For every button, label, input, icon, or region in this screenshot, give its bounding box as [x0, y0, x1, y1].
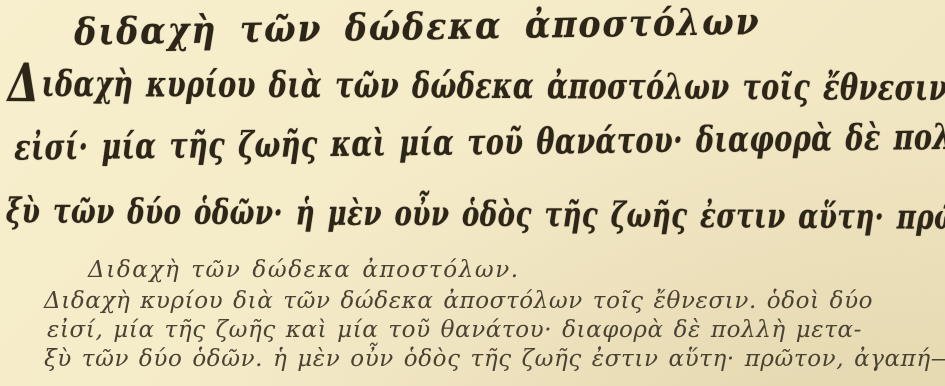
transcription-line-2: εἰσί, μία τῆς ζωῆς καὶ μία τοῦ θανάτου· …: [47, 317, 862, 343]
transcription-line-3: ξὺ τῶν δύο ὁδῶν. ἡ μὲν οὖν ὁδὸς τῆς ζωῆς…: [44, 346, 945, 372]
manuscript-title-line: διδαχὴ τῶν δώδεκα ἀποστόλων: [74, 0, 761, 54]
facsimile-page: διδαχὴ τῶν δώδεκα ἀποστόλων Διδαχὴ κυρίο…: [0, 0, 945, 386]
manuscript-line-2: Διδαχὴ κυρίου διὰ τῶν δώδεκα ἀποστόλων τ…: [8, 64, 945, 110]
transcription-line-1: Διδαχὴ κυρίου διὰ τῶν δώδεκα ἀποστόλων τ…: [44, 288, 873, 314]
manuscript-line-2-text: ιδαχὴ κυρίου διὰ τῶν δώδεκα ἀποστόλων το…: [41, 64, 945, 110]
transcription-title: Διδαχὴ τῶν δώδεκα ἀποστόλων.: [88, 257, 520, 283]
manuscript-initial-delta: Δ: [8, 65, 40, 101]
manuscript-line-3: εἰσί· μία τῆς ζωῆς καὶ μία τοῦ θανάτου· …: [14, 116, 945, 169]
manuscript-line-4: ξὺ τῶν δύο ὁδῶν· ἡ μὲν οὖν ὁδὸς τῆς ζωῆς…: [6, 192, 945, 239]
